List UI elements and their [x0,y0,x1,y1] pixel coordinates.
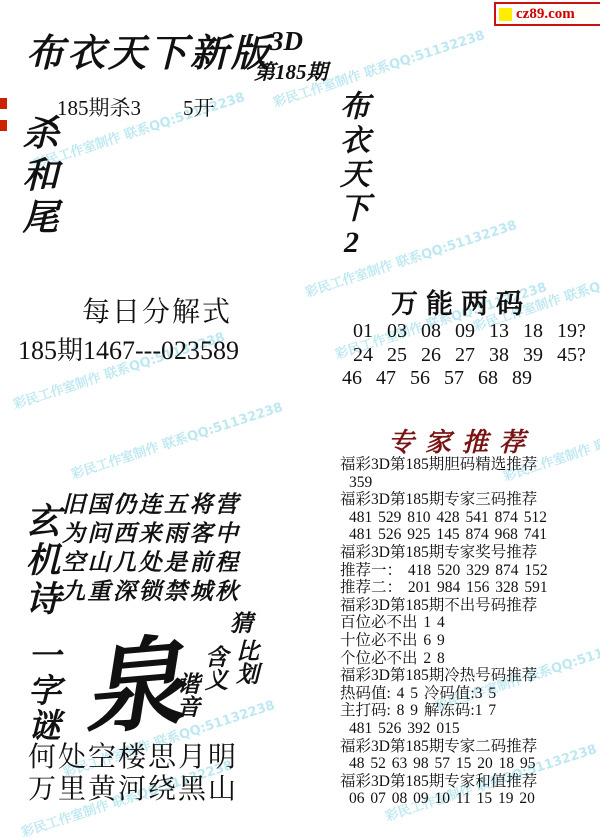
site-badge-label: cz89.com [516,7,575,22]
two-codes-row: 01 03 08 09 13 18 19? [342,320,594,344]
brand-vertical-label: 布衣天下2 [334,90,369,263]
kill-number-line: 185期杀3 5开 [57,92,215,122]
expert-line: 福彩3D第185期冷热号码推荐 [340,667,598,685]
bottom-poem: 何处空楼思月明 万里黄河绕黑山 [28,742,238,806]
favicon-square-icon [499,8,512,21]
poem-line: 空山几处是前程 [62,548,241,577]
expert-line: 481 529 810 428 541 874 512 [340,509,598,527]
two-codes-row: 24 25 26 27 38 39 45? [342,344,594,368]
expert-line: 个位必不出 2 8 [340,650,598,668]
two-codes-grid: 01 03 08 09 13 18 19? 24 25 26 27 38 39 … [342,320,594,391]
daily-decomposition-title: 每日分解式 [82,290,232,330]
bottom-poem-line: 万里黄河绕黑山 [28,774,238,806]
expert-line: 福彩3D第185期专家二码推荐 [340,738,598,756]
two-codes-title: 万能两码 [391,282,531,321]
expert-line: 热码值: 4 5 冷码值:3 5 [340,685,598,703]
expert-line: 06 07 08 09 10 11 15 19 20 [340,790,598,808]
red-edge-mark [0,120,7,131]
expert-line: 481 526 925 145 874 968 741 [340,526,598,544]
watermark: 彩民工作室制作 联系QQ:51132238 [68,396,284,482]
expert-recommendation-list: 福彩3D第185期胆码精选推荐 359 福彩3D第185期专家三码推荐 481 … [340,456,598,808]
expert-line: 福彩3D第185期专家三码推荐 [340,491,598,509]
expert-recommendation-title: 专家推荐 [388,422,536,459]
lottery-sheet-page: 彩民工作室制作 联系QQ:51132238 彩民工作室制作 联系QQ:51132… [0,0,600,838]
expert-line: 十位必不出 6 9 [340,632,598,650]
expert-line: 推荐二： 201 984 156 328 591 [340,579,598,597]
edition-label: 3D [270,26,303,57]
poem-line: 九重深锁禁城秋 [62,577,241,606]
expert-line: 推荐一： 418 520 329 874 152 [340,562,598,580]
page-title: 布衣天下新版 [26,22,272,77]
issue-label: 第185期 [254,56,328,86]
riddle-hint-meaning: 含义 [202,645,227,691]
riddle-label: 一字谜 [22,638,59,743]
expert-line: 福彩3D第185期不出号码推荐 [340,597,598,615]
riddle-hint-strokes: 比划 [233,639,258,685]
daily-decomposition-formula: 185期1467---023589 [18,330,239,367]
red-edge-mark [0,98,7,109]
site-badge[interactable]: cz89.com [494,2,600,26]
riddle-hint-homophone: 谐音 [174,672,199,718]
expert-line: 481 526 392 015 [340,720,598,738]
kill-sum-tail-label: 杀和尾 [16,114,60,240]
expert-line: 主打码: 8 9 解冻码:1 7 [340,702,598,720]
mystery-poem: 旧国仍连五将营 为问西来雨客中 空山几处是前程 九重深锁禁城秋 [62,490,241,606]
riddle-hint-guess: 猜 [230,611,253,636]
bottom-poem-line: 何处空楼思月明 [28,742,238,774]
poem-line: 旧国仍连五将营 [62,490,241,519]
expert-line: 福彩3D第185期专家和值推荐 [340,773,598,791]
expert-line: 48 52 63 98 57 15 20 18 95 [340,755,598,773]
expert-line: 福彩3D第185期胆码精选推荐 [340,456,598,474]
poem-line: 为问西来雨客中 [62,519,241,548]
expert-line: 百位必不出 1 4 [340,614,598,632]
two-codes-row: 46 47 56 57 68 89 [342,367,594,391]
riddle-character: 泉 [76,602,188,754]
mystery-poem-label: 玄机诗 [20,502,61,619]
expert-line: 福彩3D第185期专家奖号推荐 [340,544,598,562]
expert-line: 359 [340,474,598,492]
